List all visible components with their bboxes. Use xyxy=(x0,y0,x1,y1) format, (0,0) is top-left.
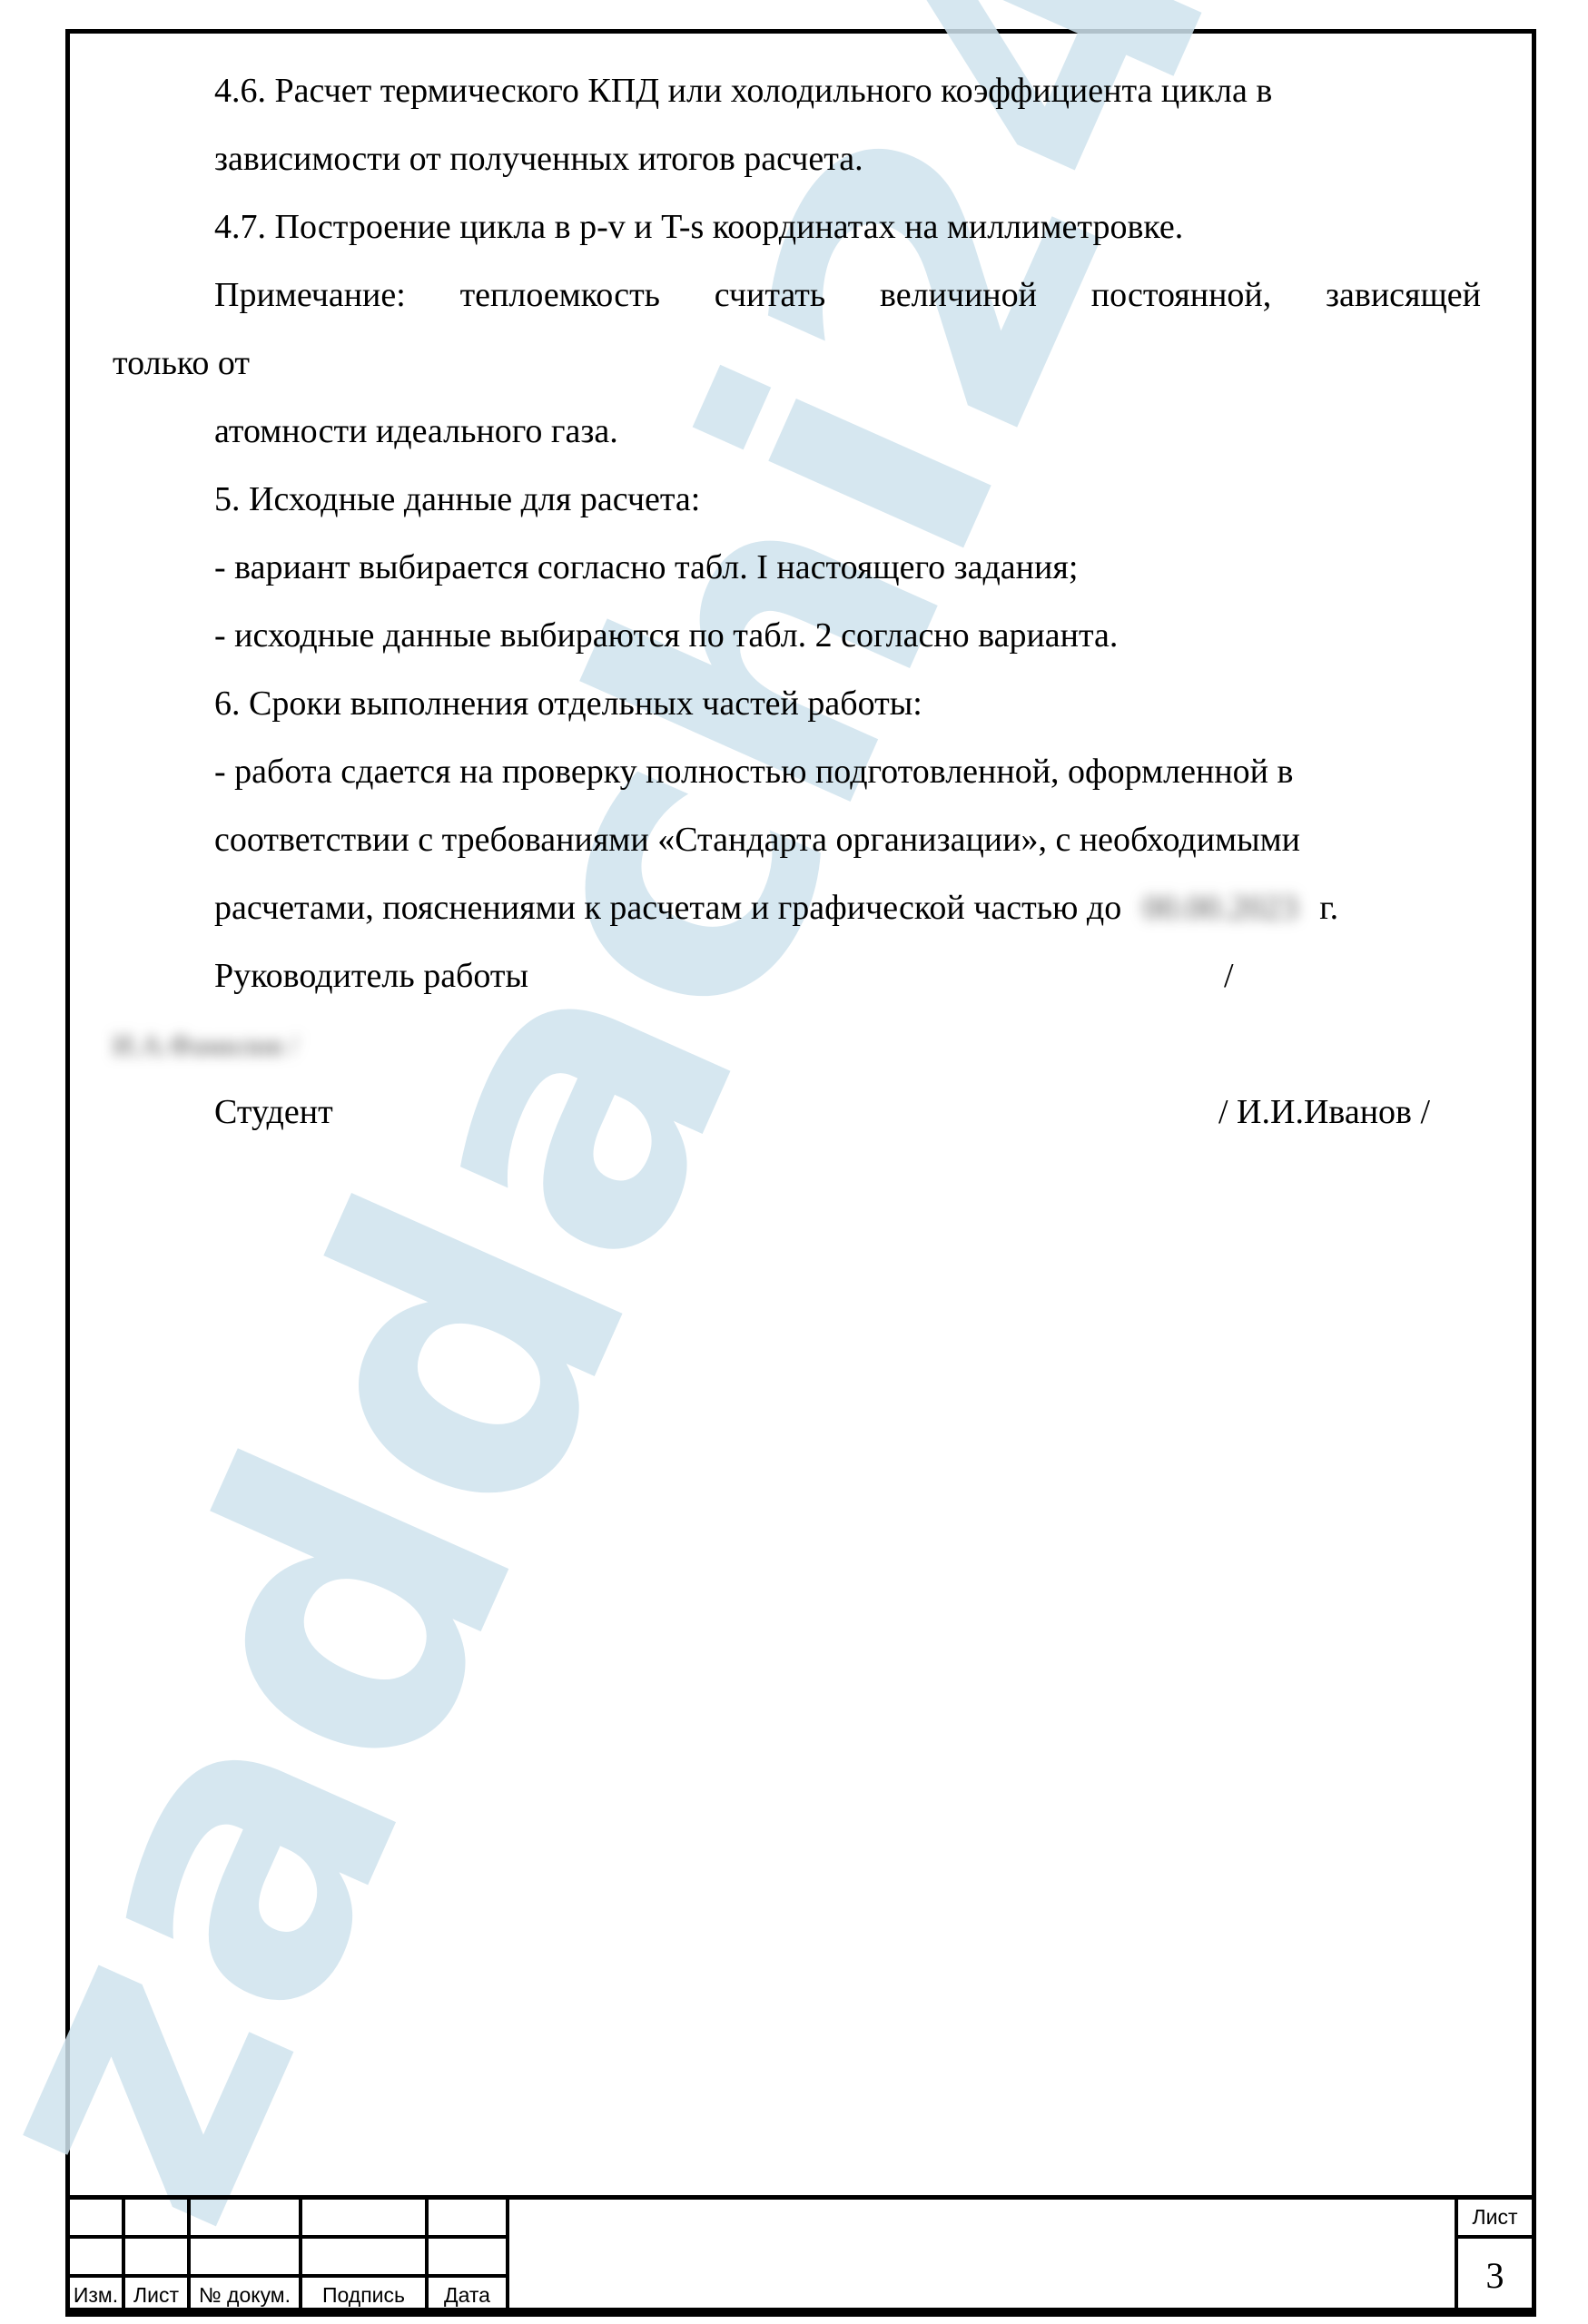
deadline-redacted: 00.00.2023 xyxy=(1143,888,1298,928)
header-list: Лист xyxy=(125,2278,187,2312)
supervisor-name: И.А.Фамилия / xyxy=(113,1024,298,1065)
page-frame xyxy=(65,29,1536,2312)
paragraph-line: 4.6. Расчет термического КПД или холодил… xyxy=(214,71,1272,111)
paragraph-line: расчетами, пояснениями к расчетам и граф… xyxy=(214,888,1338,928)
student-label: Студент xyxy=(214,1092,333,1132)
sheet-number: 3 xyxy=(1458,2239,1532,2312)
sheet-label: Лист xyxy=(1458,2200,1532,2235)
supervisor-label: Руководитель работы xyxy=(214,956,528,996)
header-izm: Изм. xyxy=(70,2278,122,2312)
header-signature: Подпись xyxy=(302,2278,425,2312)
paragraph-line: Примечание: теплоемкость считать величин… xyxy=(214,275,1481,315)
section-heading: 5. Исходные данные для расчета: xyxy=(214,479,700,519)
header-doc-number: № докум. xyxy=(191,2278,299,2312)
section-heading: 6. Сроки выполнения отдельных частей раб… xyxy=(214,684,922,724)
supervisor-name-redacted: И.А.Фамилия / xyxy=(113,1025,298,1065)
deadline-text: расчетами, пояснениями к расчетам и граф… xyxy=(214,889,1121,927)
deadline-suffix: г. xyxy=(1319,889,1338,927)
student-name: / И.И.Иванов / xyxy=(1218,1092,1430,1132)
paragraph-line: только от xyxy=(113,343,250,383)
title-block: Изм. Лист № докум. Подпись Дата Лист 3 xyxy=(65,2195,1536,2317)
list-item: - работа сдается на проверку полностью п… xyxy=(214,752,1293,792)
paragraph-line: 4.7. Построение цикла в p-v и T-s коорди… xyxy=(214,207,1183,247)
paragraph-line: зависимости от полученных итогов расчета… xyxy=(214,139,863,179)
list-item: - исходные данные выбираются по табл. 2 … xyxy=(214,615,1118,655)
list-item: - вариант выбирается согласно табл. I на… xyxy=(214,547,1078,587)
supervisor-slash: / xyxy=(1224,956,1234,996)
paragraph-line: атомности идеального газа. xyxy=(214,411,618,451)
paragraph-line: соответствии с требованиями «Стандарта о… xyxy=(214,820,1300,860)
header-date: Дата xyxy=(429,2278,506,2312)
